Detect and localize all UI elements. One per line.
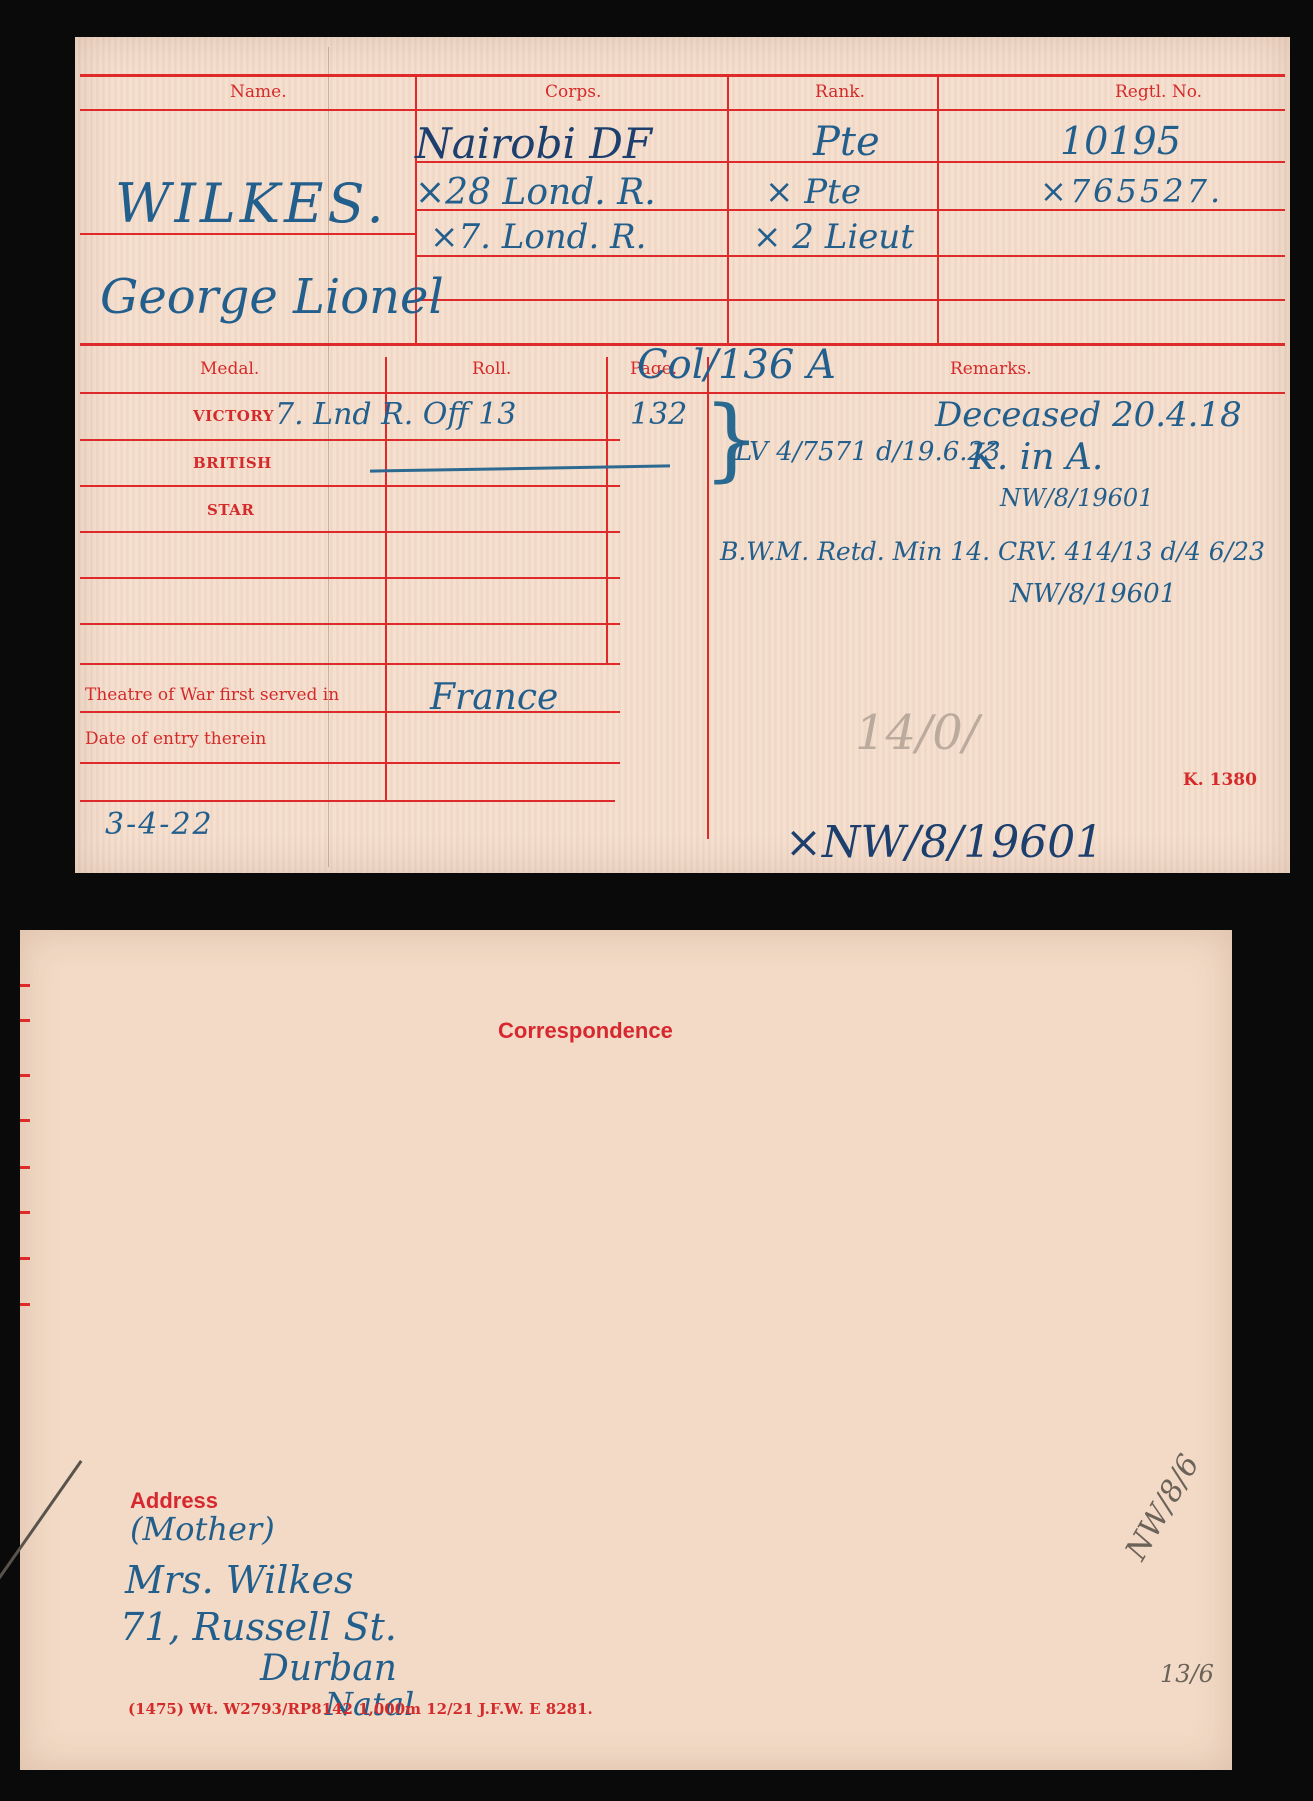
pencil-strike [0,1460,82,1626]
remarks-col-ref: Col/136 A [637,342,836,388]
edge-tick [20,1074,30,1077]
given-names: George Lionel [100,269,444,325]
address-line-3: 71, Russell St. [120,1605,397,1649]
header-corps: Corps. [545,82,601,102]
rule-medal-4 [80,577,620,579]
rule-medal-2 [80,485,620,487]
corps-row-3: ×7. Lond. R. [430,217,646,257]
rule-header [80,109,1285,111]
remark-deceased: Deceased 20.4.18 [935,395,1242,435]
corner-note-1: NW/8/6 [1119,1449,1207,1567]
corner-note-2: 13/6 [1160,1660,1214,1688]
stamp-date: 3-4-22 [105,807,214,842]
rank-row-2: × Pte [765,172,861,212]
rule-top [80,74,1285,77]
header-regtl-no: Regtl. No. [1115,82,1202,102]
edge-tick [20,1119,30,1122]
victory-roll: 7. Lnd R. Off 13 [275,397,516,432]
rank-row-3: × 2 Lieut [753,217,914,257]
edge-tick [20,1211,30,1214]
corps-row-2: ×28 Lond. R. [415,172,656,213]
medal-victory-label: VICTORY [193,407,274,425]
remark-bwm-returned: B.W.M. Retd. Min 14. CRV. 414/13 d/4 6/2… [720,537,1265,566]
remark-lv-ref: LV 4/7571 d/19.6.23 [735,437,1001,467]
edge-tick [20,1166,30,1169]
col-rank-left [727,75,729,343]
header-rank: Rank. [815,82,865,102]
strike-line [370,464,670,472]
corps-row-1: Nairobi DF [415,119,652,168]
rule-medal-6 [80,663,620,665]
rule-date-entry [80,762,620,764]
col-regtl-left [937,75,939,343]
address-line-2: Mrs. Wilkes [125,1558,353,1602]
remark-nw-ref-2: NW/8/19601 [1010,579,1176,609]
pencil-note: 14/0/ [855,705,979,761]
form-code: K. 1380 [1183,770,1257,790]
rank-row-1: Pte [813,119,880,165]
rule-medal-1 [80,439,620,441]
header-remarks: Remarks. [950,359,1032,379]
col-page-left [606,357,608,665]
remark-kia: K. in A. [970,437,1103,478]
medal-index-card-back: Correspondence Address (Mother) Mrs. Wil… [20,930,1232,1770]
correspondence-title: Correspondence [498,1018,673,1044]
date-entry-label: Date of entry therein [85,729,266,749]
medal-british-label: BRITISH [193,454,272,472]
medal-star-label: STAR [207,501,254,519]
edge-tick [20,984,30,987]
header-name: Name. [230,82,287,102]
edge-tick [20,1257,30,1260]
theatre-label: Theatre of War first served in [85,685,339,705]
header-medal: Medal. [200,359,259,379]
rule-medal-bottom [80,800,615,802]
rule-medal-3 [80,531,620,533]
regtl-row-1: 10195 [1060,119,1181,163]
edge-tick [20,1303,30,1306]
regtl-row-2: ×765527. [1040,172,1223,210]
print-code-line: (1475) Wt. W2793/RP8142 1,000m 12/21 J.F… [128,1700,593,1718]
faint-column-line [328,47,329,867]
header-roll: Roll. [472,359,511,379]
medal-index-card-front: Name. Corps. Rank. Regtl. No. WILKES. Ge… [75,37,1290,873]
remark-nw-ref-1: NW/8/19601 [1000,484,1153,512]
edge-tick [20,1019,30,1022]
address-line-1: (Mother) [130,1510,275,1548]
bottom-reference: ×NW/8/19601 [785,817,1103,868]
rule-medal-header [80,392,620,394]
theatre-value: France [430,677,558,718]
rule-row-4 [415,299,1285,301]
victory-page: 132 [630,397,687,432]
address-line-4: Durban [260,1648,397,1689]
surname: WILKES. [115,172,388,235]
rule-medal-5 [80,623,620,625]
